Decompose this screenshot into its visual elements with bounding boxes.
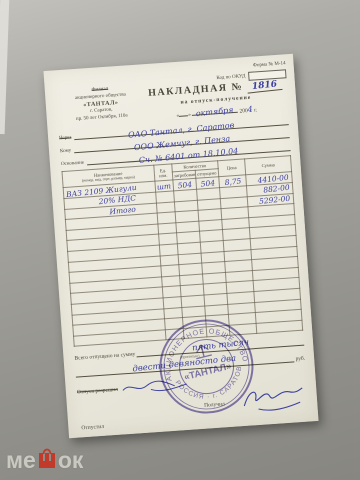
- cell-qty-released: 504: [200, 178, 215, 188]
- col-header-price: Цена: [217, 159, 246, 177]
- received-label: Получил: [204, 402, 225, 409]
- cell-price: 8,75: [224, 176, 242, 187]
- year-handwritten: 4: [247, 105, 253, 114]
- signatures-block: Отпуск разрешил Получил Отпустил: [76, 368, 309, 442]
- month-handwritten: октября: [196, 105, 235, 118]
- signature-allowed: [120, 376, 191, 397]
- letterhead: Филиал акционерного общества «ТАНТАЛ» г.…: [56, 84, 146, 127]
- watermark-text-left: ме: [6, 450, 36, 470]
- signature-received: [239, 382, 307, 415]
- watermark-text-right: ок: [58, 450, 84, 470]
- watermark: ме ок: [6, 446, 83, 470]
- items-table: Наименование (номер, вид, сорт, размер, …: [61, 155, 303, 347]
- okud-label: Код по ОКУД: [216, 74, 245, 82]
- photo-background: Форма № М-14 Код по ОКУД Филиал акционер…: [0, 0, 360, 480]
- invoice-document: Форма № М-14 Код по ОКУД Филиал акционер…: [43, 54, 318, 439]
- cell-qty-requested: 504: [177, 180, 192, 190]
- rub-label: руб.: [295, 356, 305, 363]
- col-header-unit: Ед. изм.: [153, 164, 172, 182]
- party-label: Кому: [60, 148, 71, 154]
- party-label: Через: [59, 135, 72, 141]
- party-label: Основание: [61, 161, 84, 168]
- shopping-bag-icon: [37, 446, 57, 470]
- invoice-number-handwritten: 1816: [247, 79, 283, 94]
- background-edge: [0, 0, 9, 134]
- released-label: Отпустил: [81, 424, 104, 432]
- table-empty-rows: ВАЗ 2109 Жигули шт 504 504 8,75 4410-00 …: [63, 172, 303, 346]
- cell-unit: шт: [157, 181, 172, 191]
- release-allowed-label: Отпуск разрешил: [77, 387, 118, 396]
